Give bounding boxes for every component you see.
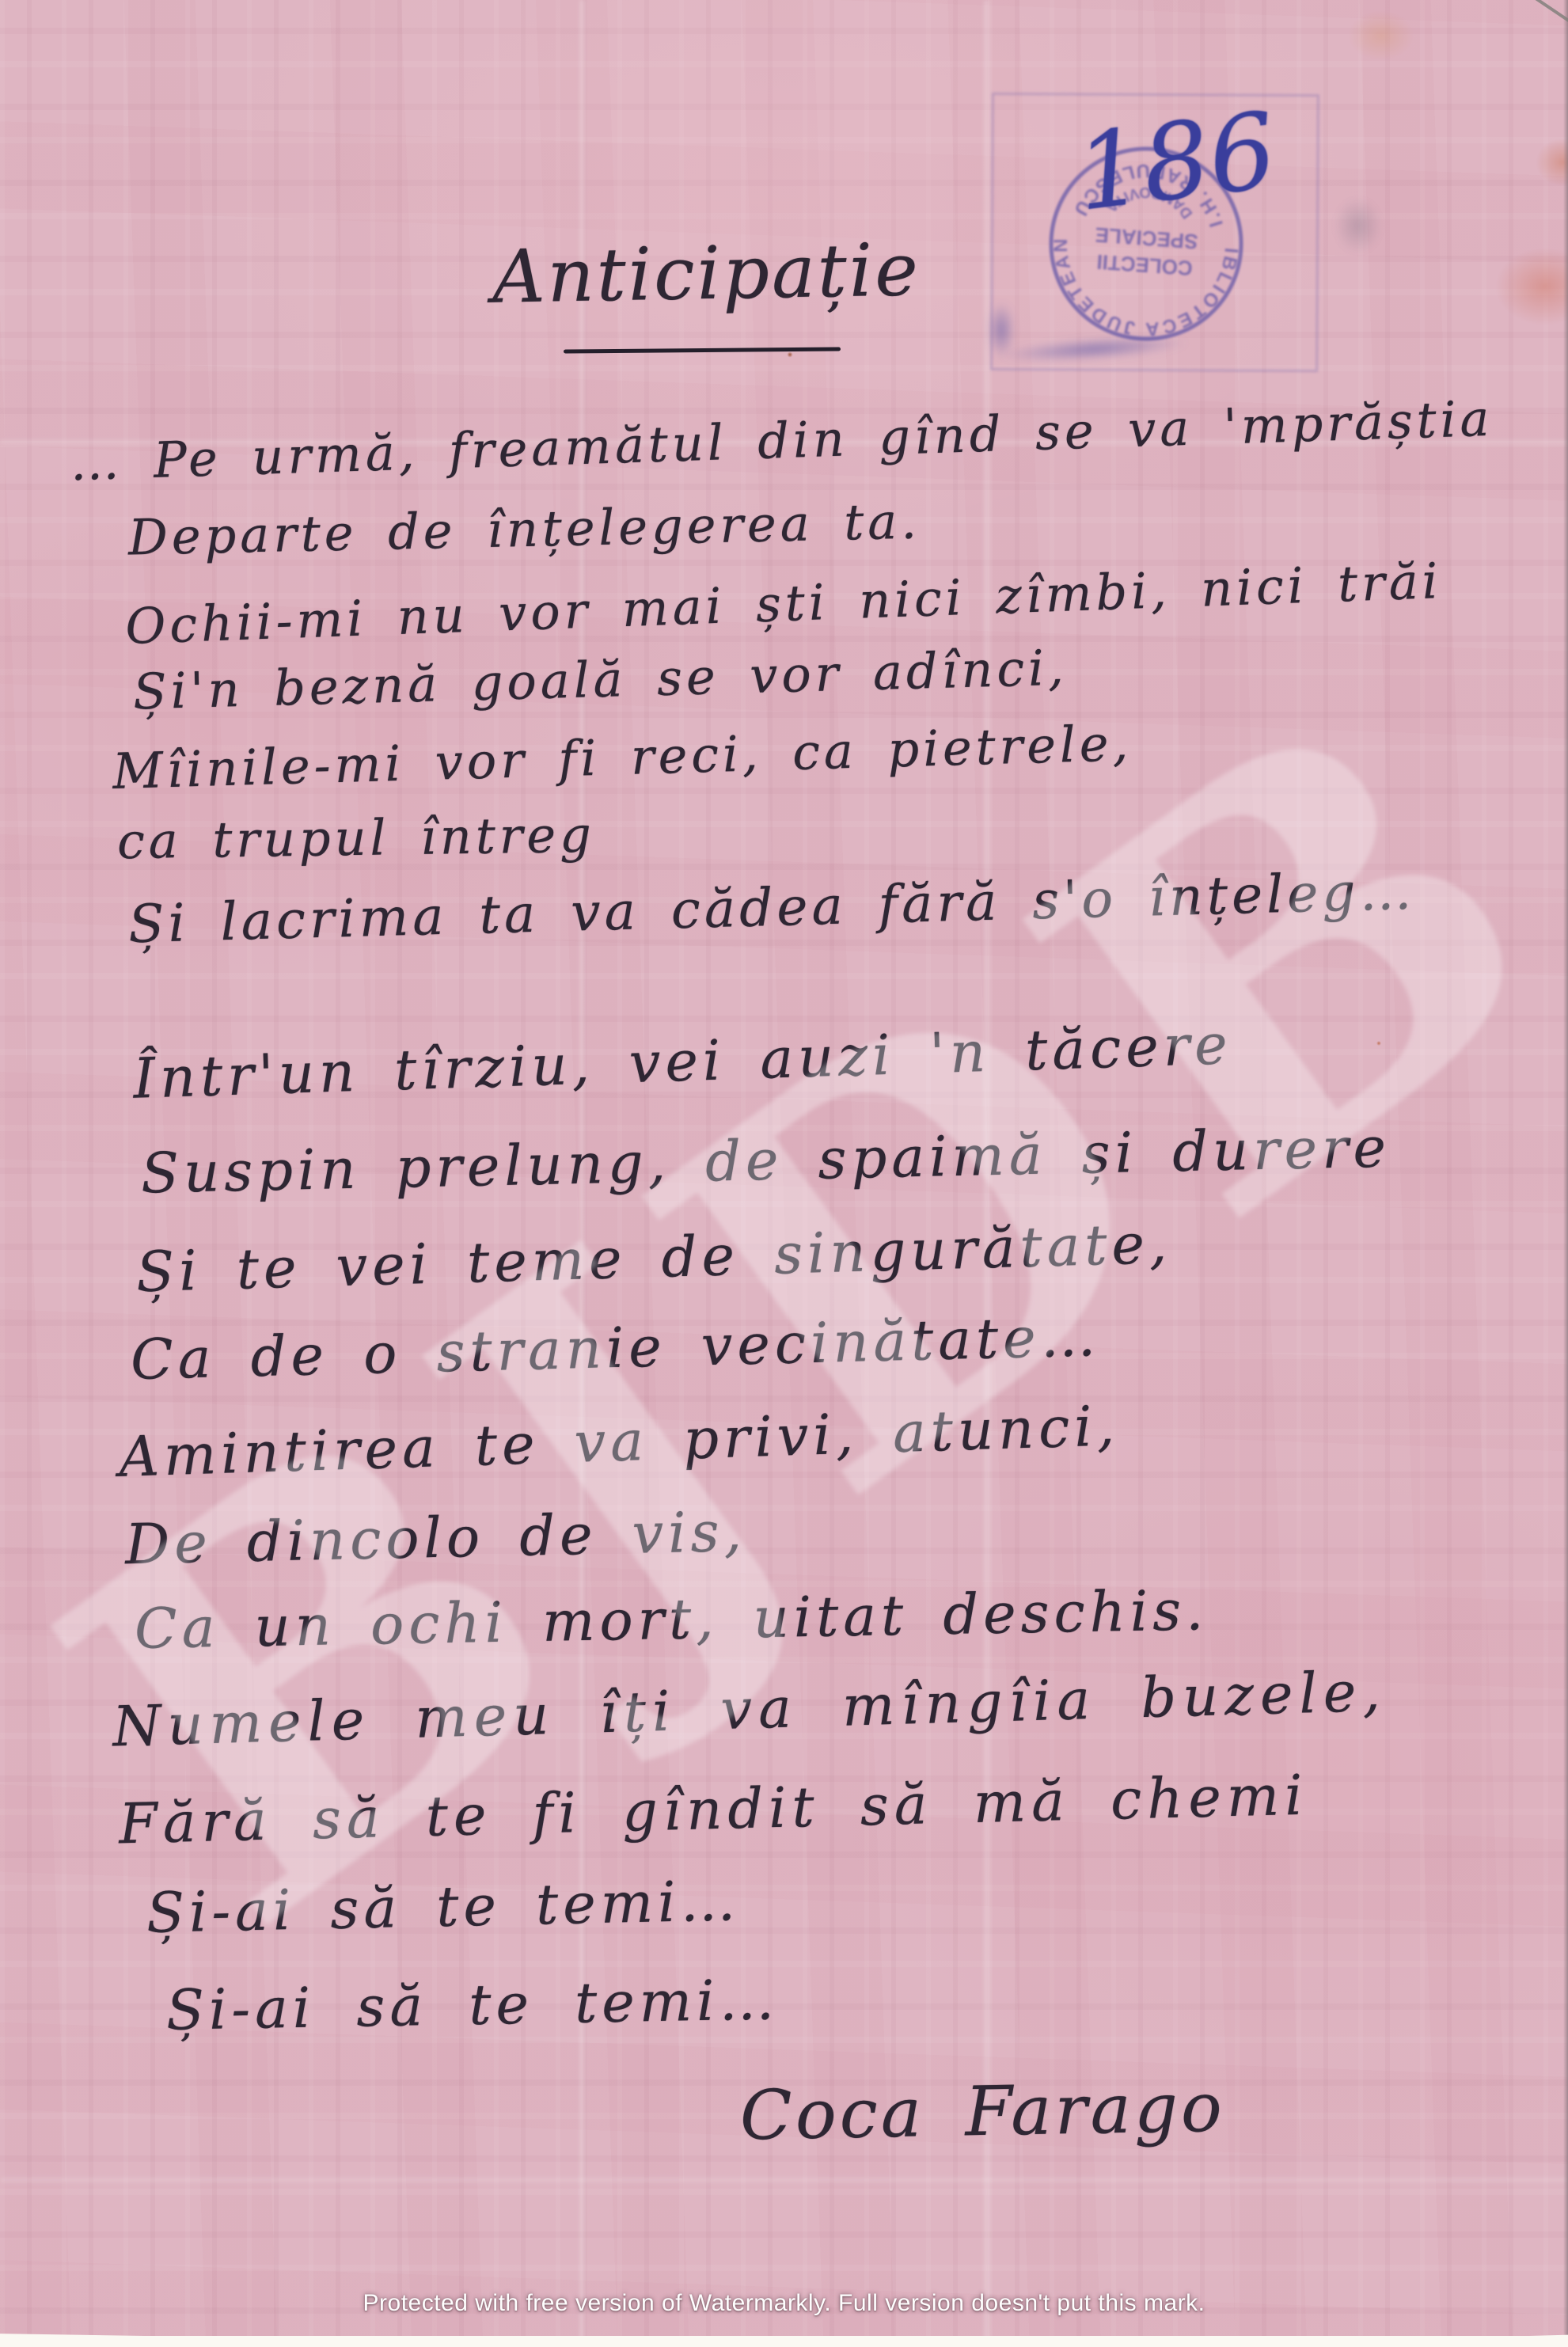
poem-line: … Pe urmă, freamătul din gînd se va 'mpr… bbox=[69, 389, 1494, 492]
pencil-smudge bbox=[1335, 198, 1382, 253]
poem-line: Și-ai să te temi… bbox=[165, 1967, 780, 2043]
poem-line: De dincolo de vis, bbox=[124, 1499, 746, 1577]
ink-smudge bbox=[988, 302, 1015, 358]
poem-line: Și'n beznă goală se vor adînci, bbox=[132, 639, 1068, 721]
paper-crease-horizontal bbox=[0, 2178, 1568, 2182]
author-signature: Coca Farago bbox=[739, 2068, 1225, 2156]
poem-line: Suspin prelung, de spaimă și durere bbox=[140, 1115, 1391, 1206]
scan-edge-shadow bbox=[1563, 0, 1568, 2347]
poem-line: Și te vei teme de singurătate, bbox=[135, 1211, 1172, 1305]
watermarkly-notice: Protected with free version of Watermark… bbox=[0, 2290, 1568, 2317]
scan-corner-mark bbox=[1526, 0, 1568, 25]
poem-line: ca trupul întreg bbox=[117, 806, 596, 870]
poem-line: Și-ai să te temi… bbox=[146, 1868, 741, 1946]
poem-line: Fără să te fi gîndit să mă chemi bbox=[118, 1763, 1308, 1857]
scan-edge-white-strip bbox=[0, 2336, 1568, 2347]
poem-line: Departe de înțelegerea ta. bbox=[127, 492, 921, 567]
handwritten-inventory-number: 186 bbox=[1070, 89, 1283, 235]
poem-line: Și lacrima ta va cădea fără s'o înțeleg… bbox=[127, 860, 1416, 955]
title-underline bbox=[564, 347, 841, 353]
poem-line: Ca de o stranie vecinătate… bbox=[130, 1304, 1101, 1392]
poem-line: Amintirea te va privi, atunci, bbox=[118, 1393, 1120, 1490]
poem-line: Într'un tîrziu, vei auzi 'n tăcere bbox=[132, 1012, 1233, 1111]
manuscript-page: BIBLIOTECA JUDETEANA I.H. RADULESCU DAMB… bbox=[0, 0, 1568, 2347]
poem-line: Ochii-mi nu vor mai ști nici zîmbi, nici… bbox=[124, 552, 1442, 655]
poem-title: Anticipație bbox=[492, 227, 921, 319]
poem-line: Ca un ochi mort, uitat deschis. bbox=[134, 1578, 1209, 1662]
stamp-center-line1: COLECTII bbox=[1096, 250, 1194, 280]
poem-line: Numele meu îți va mîngîia buzele, bbox=[112, 1659, 1387, 1760]
poem-line: Mîinile-mi vor fi reci, ca pietrele, bbox=[112, 714, 1133, 800]
